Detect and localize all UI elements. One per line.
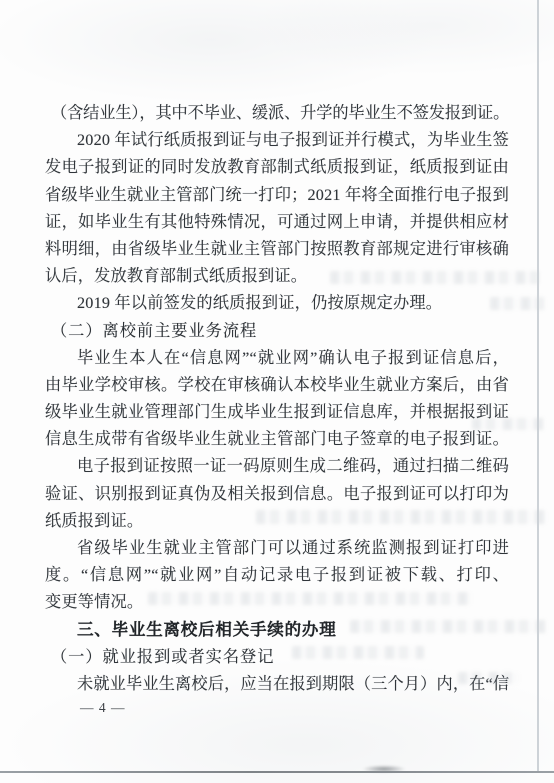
body-text-line: 2019 年以前签发的纸质报到证，仍按原规定办理。 — [45, 290, 509, 317]
document-body: （含结业生），其中不毕业、缓派、升学的毕业生不签发报到证。2020 年试行纸质报… — [45, 100, 509, 698]
subsection-heading: （一）就业报到或者实名登记 — [45, 644, 509, 671]
show-through-artifact — [330, 271, 540, 284]
body-text-line: 电子报到证按照一证一码原则生成二维码，通过扫描二维码 — [45, 453, 509, 480]
body-text-line: 级毕业生就业管理部门生成毕业生报到证信息库，并根据报到证 — [45, 399, 509, 426]
paper-bottom-edge — [0, 771, 554, 773]
body-text-line: 毕业生本人在“信息网”“就业网”确认电子报到证信息后， — [45, 345, 509, 372]
body-text-line: 省级毕业生就业主管部门可以通过系统监测报到证打印进 — [45, 535, 509, 562]
show-through-artifact — [472, 418, 544, 430]
body-text-line: 料明细，由省级毕业生就业主管部门按照教育部规定进行审核确 — [45, 236, 509, 263]
body-text-line: 发电子报到证的同时发放教育部制式纸质报到证，纸质报到证由 — [45, 154, 509, 181]
show-through-artifact — [458, 672, 520, 684]
body-text-line: 2020 年试行纸质报到证与电子报到证并行模式，为毕业生签 — [45, 127, 509, 154]
body-text-line: 度。“信息网”“就业网”自动记录电子报到证被下载、打印、 — [45, 562, 509, 589]
body-text-line: 未就业毕业生离校后，应当在报到期限（三个月）内，在“信 — [45, 671, 509, 698]
body-text-line: 省级毕业生就业主管部门统一打印；2021 年将全面推行电子报到 — [45, 182, 509, 209]
show-through-artifact — [256, 510, 546, 524]
body-text-line: （含结业生），其中不毕业、缓派、升学的毕业生不签发报到证。 — [45, 100, 509, 127]
body-text-line: 由毕业学校审核。学校在审核确认本校毕业生就业方案后，由省 — [45, 372, 509, 399]
scanner-edge-line — [537, 0, 539, 772]
show-through-artifact — [292, 646, 424, 659]
body-text-line: 验证、识别报到证真伪及相关报到信息。电子报到证可以打印为 — [45, 481, 509, 508]
scanned-document-page: （含结业生），其中不毕业、缓派、升学的毕业生不签发报到证。2020 年试行纸质报… — [0, 0, 554, 783]
show-through-artifact — [350, 620, 546, 633]
body-text-line: 信息生成带有省级毕业生就业主管部门电子签章的电子报到证。 — [45, 426, 509, 453]
show-through-artifact — [148, 592, 472, 605]
page-number: — 4 — — [80, 699, 126, 717]
subsection-heading: （二）离校前主要业务流程 — [45, 318, 509, 345]
body-text-line: 证，如毕业生有其他特殊情况，可通过网上申请，并提供相应材 — [45, 209, 509, 236]
